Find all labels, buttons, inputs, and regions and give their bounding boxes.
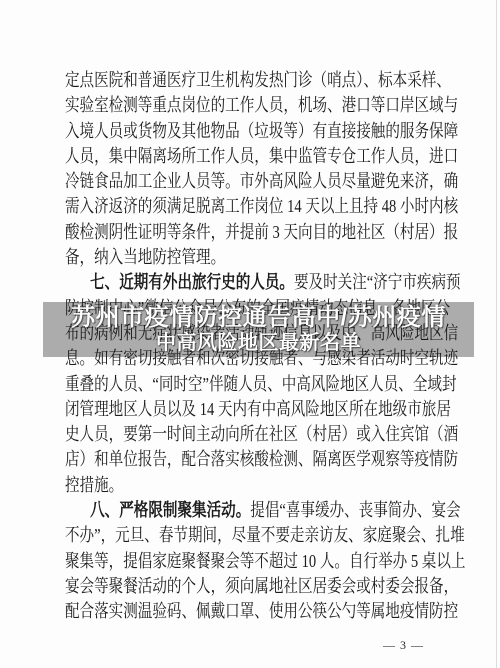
- scan-edge-artifact: [496, 0, 497, 668]
- document-line: 不办”，元旦、春节期间，尽量不要走亲访友、家庭聚会、扎堆: [65, 523, 458, 548]
- document-line: 酸检测阴性证明等条件，并提前 3 天向目的地社区（村居）报: [65, 220, 458, 245]
- line-text: 酸检测阴性证明等条件，并提前 3 天向目的地社区（村居）报: [65, 222, 458, 242]
- document-line: 定点医院和普通医疗卫生机构发热门诊（哨点）、标本采样、: [65, 68, 458, 93]
- line-text: 聚集等，提倡家庭聚餐聚会等不超过 10 人。自行举办 5 桌以上: [65, 551, 465, 571]
- document-line: 人员，集中隔离场所工作人员，集中监管专仓工作人员，进口: [65, 144, 458, 169]
- caption-title-line2: 中高风险地区最新名单: [156, 331, 361, 355]
- document-line: 聚集等，提倡家庭聚餐聚会等不超过 10 人。自行举办 5 桌以上: [65, 549, 458, 574]
- line-text: 店）和单位报告，配合落实核酸检测、隔离医学观察等疫情防: [65, 449, 458, 469]
- line-text: 要及时关注“济宁市疾病预: [294, 272, 461, 292]
- line-text: 配合落实测温验码、佩戴口罩、使用公筷公勺等属地疫情防控: [65, 601, 458, 621]
- line-text: 定点医院和普通医疗卫生机构发热门诊（哨点）、标本采样、: [65, 70, 451, 90]
- document-line: 店）和单位报告，配合落实核酸检测、隔离医学观察等疫情防: [65, 447, 458, 472]
- document-line: 重叠的人员、“同时空”伴随人员、中高风险地区人员、全域封: [65, 372, 458, 397]
- document-line: 宴会等聚餐活动的个人，须向属地社区居委会或村委会报备，: [65, 574, 458, 599]
- line-text: 控措施。: [65, 475, 123, 495]
- line-text: 备，纳入当地防控管理。: [65, 247, 225, 267]
- document-line: 闭管理地区人员以及 14 天内有中高风险地区所在地级市旅居: [65, 397, 458, 422]
- document-line-section-8: 八、严格限制聚集活动。提倡“喜事缓办、丧事简办、宴会: [65, 498, 458, 523]
- document-line: 冷链食品加工企业人员等。市外高风险人员尽量避免来济，确: [65, 169, 458, 194]
- line-text: 提倡“喜事缓办、丧事简办、宴会: [250, 500, 460, 520]
- caption-title-line1: 苏州市疫情防控通告高中/苏州疫情: [71, 304, 446, 331]
- line-text: 重叠的人员、“同时空”伴随人员、中高风险地区人员、全域封: [65, 374, 457, 394]
- caption-overlay-banner: 苏州市疫情防控通告高中/苏州疫情 中高风险地区最新名单: [43, 302, 474, 357]
- section-heading: 七、近期有外出旅行史的人员。: [90, 272, 294, 292]
- document-line: 入境人员或货物及其他物品（垃圾等）有直接接触的服务保障: [65, 119, 458, 144]
- line-text: 需入济返济的须满足脱离工作岗位 14 天以上且持 48 小时内核: [65, 196, 458, 216]
- line-text: 宴会等聚餐活动的个人，须向属地社区居委会或村委会报备，: [65, 576, 458, 596]
- line-text: 史人员，要第一时间主动向所在社区（村居）或入住宾馆（酒: [65, 424, 458, 444]
- page-number: — 3 —: [383, 638, 424, 653]
- line-text: 入境人员或货物及其他物品（垃圾等）有直接接触的服务保障: [65, 121, 458, 141]
- document-line: 需入济返济的须满足脱离工作岗位 14 天以上且持 48 小时内核: [65, 194, 458, 219]
- scanned-document-page: 定点医院和普通医疗卫生机构发热门诊（哨点）、标本采样、 实验室检测等重点岗位的工…: [0, 0, 500, 668]
- line-text: 不办”，元旦、春节期间，尽量不要走亲访友、家庭聚会、扎堆: [65, 525, 465, 545]
- document-line: 史人员，要第一时间主动向所在社区（村居）或入住宾馆（酒: [65, 422, 458, 447]
- line-text: 闭管理地区人员以及 14 天内有中高风险地区所在地级市旅居: [65, 399, 451, 419]
- document-line: 控措施。: [65, 473, 458, 498]
- document-line: 配合落实测温验码、佩戴口罩、使用公筷公勺等属地疫情防控: [65, 599, 458, 624]
- section-heading: 八、严格限制聚集活动。: [90, 500, 250, 520]
- line-text: 实验室检测等重点岗位的工作人员，机场、港口等口岸区域与: [65, 95, 458, 115]
- line-text: 人员，集中隔离场所工作人员，集中监管专仓工作人员，进口: [65, 146, 458, 166]
- document-line: 实验室检测等重点岗位的工作人员，机场、港口等口岸区域与: [65, 93, 458, 118]
- line-text: 冷链食品加工企业人员等。市外高风险人员尽量避免来济，确: [65, 171, 458, 191]
- document-line: 备，纳入当地防控管理。: [65, 245, 458, 270]
- document-line-section-7: 七、近期有外出旅行史的人员。要及时关注“济宁市疾病预: [65, 270, 458, 295]
